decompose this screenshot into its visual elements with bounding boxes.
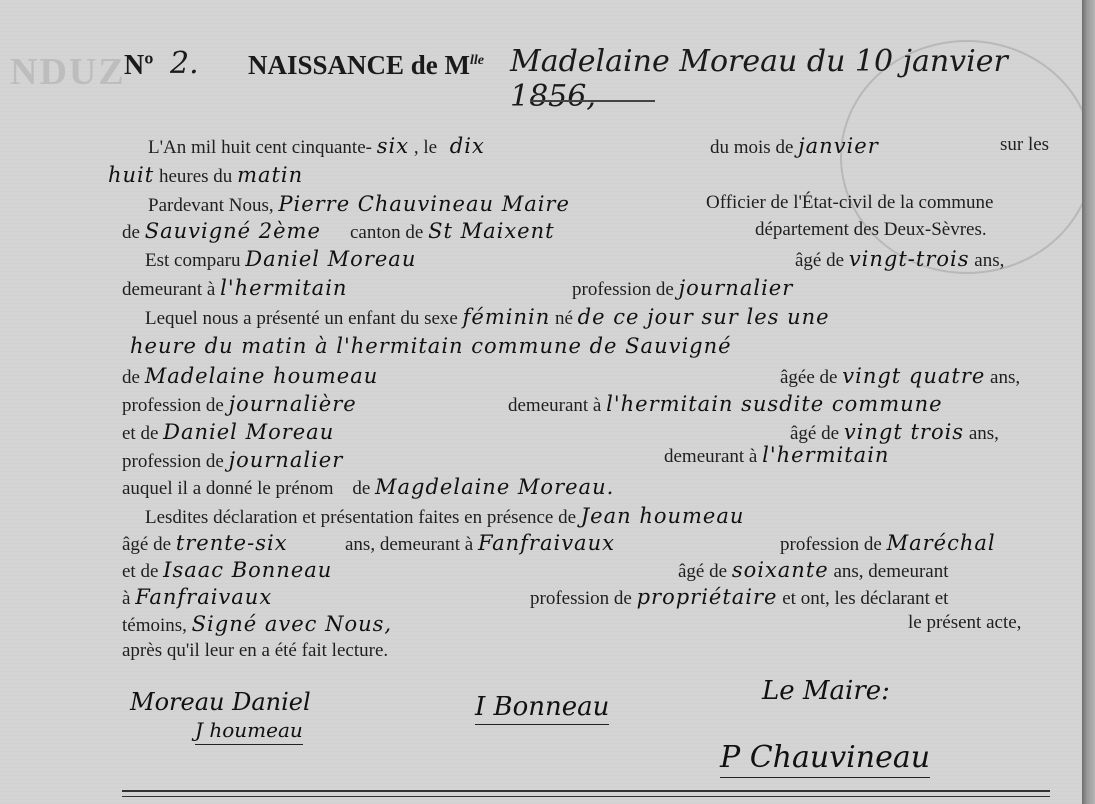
line-14: Lesdites déclaration et présentation fai… [145, 504, 744, 529]
line-1b: du mois de janvier [710, 134, 879, 159]
page-edge-shadow [1082, 0, 1095, 804]
line-6b: profession de journalier [572, 276, 793, 301]
line-6: demeurant à l'hermitain [122, 276, 347, 301]
line-15: âgé de trente-six [122, 531, 288, 556]
document-page: NDUZ Nº 2. NAISSANCE de Mlle Madelaine M… [0, 0, 1082, 804]
signature-mayor: P Chauvineau [720, 740, 930, 778]
line-2: huit heures du matin [108, 163, 303, 188]
signature-declarant: Moreau Daniel [130, 688, 311, 716]
line-18: témoins, Signé avec Nous, [122, 612, 392, 637]
signature-witness-2: I Bonneau [475, 692, 609, 725]
line-5: Est comparu Daniel Moreau [145, 247, 416, 272]
record-number-label: Nº [124, 50, 153, 82]
title-rule [530, 100, 655, 102]
line-4c: département des Deux-Sèvres. [755, 219, 987, 241]
signature-witness-1: J houmeau [195, 718, 303, 745]
line-5b: âgé de vingt-trois ans, [795, 247, 1004, 272]
line-19: après qu'il leur en a été fait lecture. [122, 640, 388, 662]
bottom-double-rule-bottom [122, 796, 1050, 797]
record-subject-handwritten: Madelaine Moreau du 10 janvier 1856, [510, 44, 1082, 114]
line-9: de Madelaine houmeau [122, 364, 378, 389]
line-3b: Officier de l'État-civil de la commune [706, 192, 993, 214]
line-1: L'An mil huit cent cinquante- six , le d… [148, 134, 485, 159]
line-11: et de Daniel Moreau [122, 420, 334, 445]
line-17b: profession de propriétaire et ont, les d… [530, 585, 948, 610]
line-8: heure du matin à l'hermitain commune de … [130, 334, 732, 359]
line-12: profession de journalier [122, 448, 343, 473]
line-17: à Fanfraivaux [122, 585, 272, 610]
line-4: de Sauvigné 2ème [122, 219, 321, 244]
line-9b: âgée de vingt quatre ans, [780, 364, 1020, 389]
record-title: NAISSANCE de Mlle [248, 50, 484, 81]
line-15b: ans, demeurant à Fanfraivaux [345, 531, 615, 556]
bottom-double-rule-top [122, 790, 1050, 792]
line-4b: canton de St Maixent [350, 219, 555, 244]
mayor-label: Le Maire: [762, 676, 890, 706]
line-1c: sur les [1000, 134, 1049, 156]
record-number-value: 2. [170, 46, 199, 81]
line-16b: âgé de soixante ans, demeurant [678, 558, 948, 583]
bleed-through-text: NDUZ [10, 50, 126, 94]
line-18b: le présent acte, [908, 612, 1021, 634]
line-13: auquel il a donné le prénom de Magdelain… [122, 475, 614, 500]
line-10b: demeurant à l'hermitain susdite commune [508, 392, 943, 417]
line-10: profession de journalière [122, 392, 357, 417]
line-11b: âgé de vingt trois ans, [790, 420, 999, 445]
line-3: Pardevant Nous, Pierre Chauvineau Maire [148, 192, 570, 217]
line-12b: demeurant à l'hermitain [664, 443, 889, 468]
line-16: et de Isaac Bonneau [122, 558, 332, 583]
line-7: Lequel nous a présenté un enfant du sexe… [145, 305, 830, 330]
line-15c: profession de Maréchal [780, 531, 996, 556]
